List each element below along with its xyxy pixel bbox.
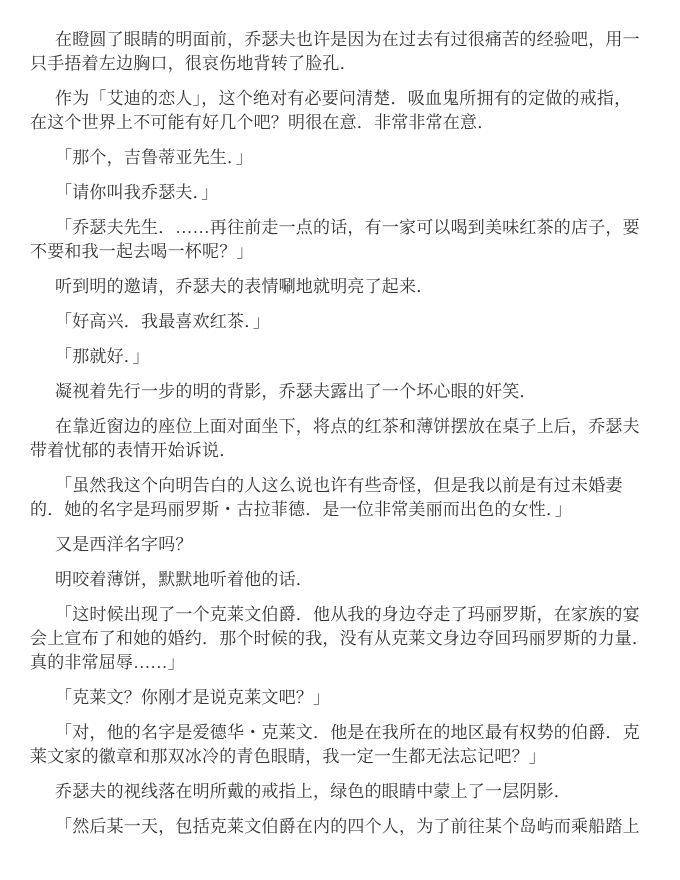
paragraph: 作为「艾迪的恋人」，这个绝对有必要问清楚．吸血鬼所拥有的定做的戒指， 在这个世界… bbox=[30, 87, 656, 135]
text-column: 在瞪圆了眼睛的明面前，乔瑟夫也许是因为在过去有过很痛苦的经验吧，用一 只手捂着左… bbox=[30, 28, 656, 839]
paragraph: 「那就好．」 bbox=[30, 345, 656, 369]
paragraph: 「克莱文？你刚才是说克莱文吧？」 bbox=[30, 686, 656, 710]
paragraph: 明咬着薄饼，默默地听着他的话． bbox=[30, 568, 656, 592]
paragraph: 「那个，吉鲁蒂亚先生．」 bbox=[30, 146, 656, 170]
paragraph: 「对，他的名字是爱德华・克莱文．他是在我所在的地区最有权势的伯爵．克 莱文家的徽… bbox=[30, 721, 656, 769]
paragraph: 「然后某一天，包括克莱文伯爵在内的四个人，为了前往某个岛屿而乘船踏上 bbox=[30, 815, 656, 839]
paragraph: 听到明的邀请，乔瑟夫的表情唰地就明亮了起来． bbox=[30, 275, 656, 299]
paragraph: 在瞪圆了眼睛的明面前，乔瑟夫也许是因为在过去有过很痛苦的经验吧，用一 只手捂着左… bbox=[30, 28, 656, 76]
paragraph: 「这时候出现了一个克莱文伯爵．他从我的身边夺走了玛丽罗斯，在家族的宴 会上宣布了… bbox=[30, 603, 656, 675]
text-page: 在瞪圆了眼睛的明面前，乔瑟夫也许是因为在过去有过很痛苦的经验吧，用一 只手捂着左… bbox=[0, 0, 680, 880]
paragraph: 乔瑟夫的视线落在明所戴的戒指上，绿色的眼睛中蒙上了一层阴影． bbox=[30, 780, 656, 804]
paragraph: 「好高兴．我最喜欢红茶．」 bbox=[30, 310, 656, 334]
paragraph: 在靠近窗边的座位上面对面坐下，将点的红茶和薄饼摆放在桌子上后，乔瑟夫 带着忧郁的… bbox=[30, 415, 656, 463]
paragraph: 「请你叫我乔瑟夫．」 bbox=[30, 181, 656, 205]
paragraph: 「乔瑟夫先生．……再往前走一点的话，有一家可以喝到美味红茶的店子，要 不要和我一… bbox=[30, 216, 656, 264]
paragraph: 又是西洋名字吗？ bbox=[30, 533, 656, 557]
paragraph: 「虽然我这个向明告白的人这么说也许有些奇怪，但是我以前是有过未婚妻 的．她的名字… bbox=[30, 474, 656, 522]
paragraph: 凝视着先行一步的明的背影，乔瑟夫露出了一个坏心眼的奸笑． bbox=[30, 380, 656, 404]
